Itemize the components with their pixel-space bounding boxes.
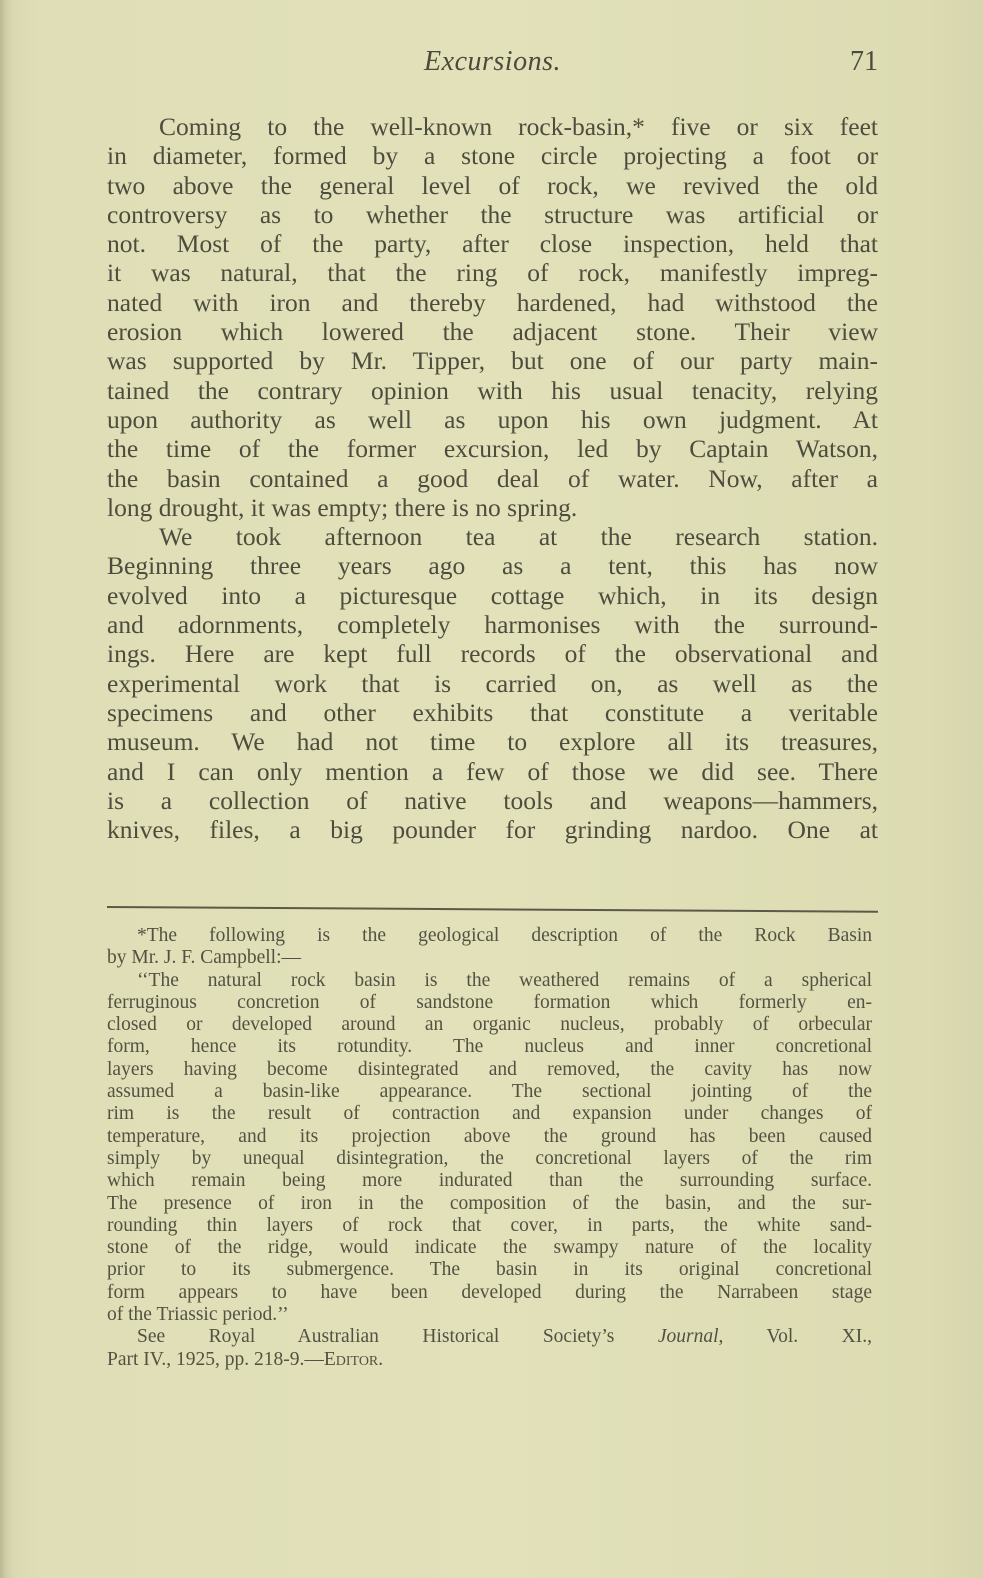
footnote-line: simply by unequal disintegration, the co… bbox=[107, 1148, 872, 1170]
text-line: knives, files, a big pounder for grindin… bbox=[107, 815, 878, 844]
text-line: ings. Here are kept full records of the … bbox=[107, 639, 878, 668]
citation-line: See Royal Australian Historical Society’… bbox=[107, 1326, 872, 1348]
text-line: nated with iron and thereby hardened, ha… bbox=[107, 288, 878, 317]
text-line: is a collection of native tools and weap… bbox=[107, 786, 878, 815]
footnote-line: layers having become disintegrated and r… bbox=[107, 1059, 872, 1081]
footnote-line: closed or developed around an organic nu… bbox=[107, 1014, 872, 1036]
text-line: two above the general level of rock, we … bbox=[107, 171, 878, 200]
text-line: Coming to the well-known rock-basin,* fi… bbox=[107, 112, 878, 141]
reference-text: Part IV., 1925, pp. 218-9.— bbox=[107, 1349, 324, 1370]
text-line: in diameter, formed by a stone circle pr… bbox=[107, 141, 878, 170]
text-line: controversy as to whether the structure … bbox=[107, 200, 878, 229]
text-line: the basin contained a good deal of water… bbox=[107, 464, 878, 493]
footnote-line: form appears to have been developed duri… bbox=[107, 1282, 872, 1304]
footnote-line: ‘‘The natural rock basin is the weathere… bbox=[107, 970, 872, 992]
footnote-line: prior to its submergence. The basin in i… bbox=[107, 1259, 872, 1281]
text-line: Beginning three years ago as a tent, thi… bbox=[107, 551, 878, 580]
footnote-line: *The following is the geological descrip… bbox=[107, 925, 872, 947]
text-line: museum. We had not time to explore all i… bbox=[107, 727, 878, 756]
footnote-line: of the Triassic period.’’ bbox=[107, 1304, 872, 1326]
main-text: Coming to the well-known rock-basin,* fi… bbox=[107, 112, 878, 844]
footnote-line: rounding thin layers of rock that cover,… bbox=[107, 1215, 872, 1237]
footnote-line: temperature, and its projection above th… bbox=[107, 1126, 872, 1148]
book-page: Excursions. 71 Coming to the well-known … bbox=[0, 0, 983, 1578]
text-line: experimental work that is carried on, as… bbox=[107, 669, 878, 698]
text-line: long drought, it was empty; there is no … bbox=[107, 493, 878, 522]
text-line: evolved into a picturesque cottage which… bbox=[107, 581, 878, 610]
footnote-divider bbox=[107, 906, 878, 913]
footnote-line: which remain being more indurated than t… bbox=[107, 1170, 872, 1192]
reference-line: Part IV., 1925, pp. 218-9.—Editor. bbox=[107, 1349, 872, 1371]
journal-title: Journal bbox=[658, 1326, 719, 1347]
running-title: Excursions. bbox=[107, 46, 878, 78]
citation-prefix: See Royal Australian Historical Society’… bbox=[137, 1326, 658, 1347]
footnote-line: ferruginous concretion of sandstone form… bbox=[107, 992, 872, 1014]
text-line: not. Most of the party, after close insp… bbox=[107, 229, 878, 258]
text-line: was supported by Mr. Tipper, but one of … bbox=[107, 346, 878, 375]
footnote-line: by Mr. J. F. Campbell:— bbox=[107, 947, 872, 969]
text-line: We took afternoon tea at the research st… bbox=[107, 522, 878, 551]
text-line: upon authority as well as upon his own j… bbox=[107, 405, 878, 434]
text-line: it was natural, that the ring of rock, m… bbox=[107, 258, 878, 287]
text-line: the time of the former excursion, led by… bbox=[107, 434, 878, 463]
text-line: tained the contrary opinion with his usu… bbox=[107, 376, 878, 405]
footnote: *The following is the geological descrip… bbox=[107, 925, 872, 1371]
text-line: and adornments, completely harmonises wi… bbox=[107, 610, 878, 639]
text-line: erosion which lowered the adjacent stone… bbox=[107, 317, 878, 346]
page-header: Excursions. 71 bbox=[107, 46, 878, 86]
text-line: specimens and other exhibits that consti… bbox=[107, 698, 878, 727]
footnote-line: assumed a basin-like appearance. The sec… bbox=[107, 1081, 872, 1103]
footnote-line: rim is the result of contraction and exp… bbox=[107, 1103, 872, 1125]
citation-suffix: , Vol. XI., bbox=[719, 1326, 872, 1347]
footnote-line: form, hence its rotundity. The nucleus a… bbox=[107, 1036, 872, 1058]
footnote-line: The presence of iron in the composition … bbox=[107, 1193, 872, 1215]
footnote-line: stone of the ridge, would indicate the s… bbox=[107, 1237, 872, 1259]
text-line: and I can only mention a few of those we… bbox=[107, 757, 878, 786]
editor-signature: Editor. bbox=[324, 1349, 383, 1370]
page-number: 71 bbox=[850, 46, 878, 78]
